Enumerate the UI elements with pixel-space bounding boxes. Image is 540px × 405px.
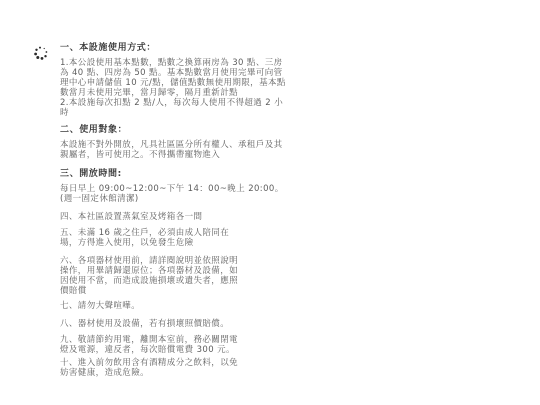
rule-item-6: 六、各項器材使用前，請詳閱說明並依照說明操作，用畢請歸還原位；各項器材及設備，如… [60,256,238,296]
rule-points-paragraph: 1.本公設使用基本點數，點數之換算兩房為 30 點、三房為 40 點、四房為 5… [60,58,286,98]
rule-item-9: 九、敬請節約用電，離開本室前，務必關閉電燈及電源，違反者，每次賠償電費 300 … [60,335,238,355]
rule-item-10: 十、進入前勿飲用含有酒精成分之飲料，以免妨害健康，造成危險。 [60,358,238,378]
rule-item-5: 五、未滿 16 歲之住戶，必須由成人陪同在場，方得進入使用，以免發生危險 [60,228,238,248]
rule-deduction-paragraph: 2.本設施每次扣點 2 點/人，每次每人使用不得超過 2 小時 [60,98,286,118]
rule-item-7: 七、請勿大聲喧嘩。 [60,301,238,311]
rule-item-8: 八、器材使用及設備，若有損壞照價賠償。 [60,319,238,329]
section-users-heading: 二、使用對象： [60,124,292,136]
spinner-dots-icon [33,45,49,61]
rules-document: 一、本設施使用方式： 1.本公設使用基本點數，點數之換算兩房為 30 點、三房為… [60,42,292,378]
section-hours-heading: 三、開放時間: [60,168,292,180]
rule-item-4: 四、本社區設置蒸氣室及烤箱各一間 [60,212,238,222]
section-usage-heading: 一、本設施使用方式： [60,42,292,54]
facility-rules-page: 一、本設施使用方式： 1.本公設使用基本點數，點數之換算兩房為 30 點、三房為… [0,0,540,405]
rule-hours-paragraph: 每日早上 09:00~12:00~下午 14：00~晚上 20:00。(週一固定… [60,184,286,204]
rule-users-paragraph: 本設施不對外開放，凡具社區區分所有權人、承租戶及其親屬者，皆可使用之。不得攜帶寵… [60,140,286,160]
